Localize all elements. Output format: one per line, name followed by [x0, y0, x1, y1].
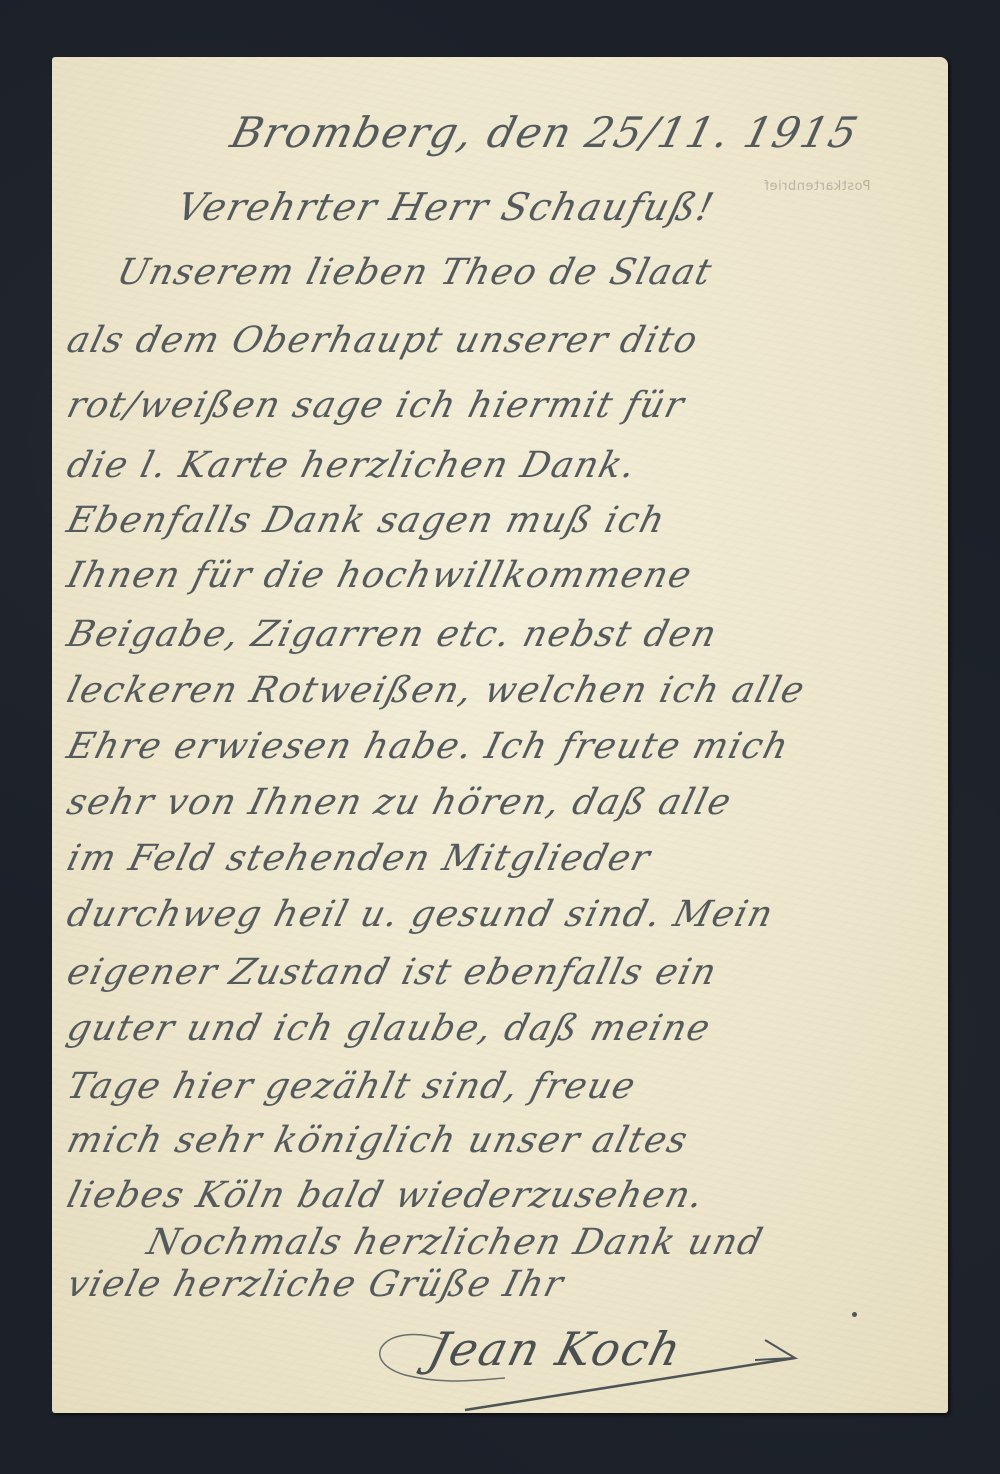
body-line-2: als dem Oberhaupt unserer dito: [63, 320, 703, 361]
body-line-14: guter und ich glaube, daß meine: [63, 1008, 715, 1049]
body-line-8: leckeren Rotweißen, welchen ich alle: [63, 670, 810, 711]
body-line-11: im Feld stehenden Mitglieder: [63, 838, 655, 879]
body-line-16: mich sehr königlich unser altes: [63, 1120, 693, 1161]
body-line-12: durchweg heil u. gesund sind. Mein: [63, 894, 778, 935]
body-line-9: Ehre erwiesen habe. Ich freute mich: [63, 726, 794, 767]
body-line-13: eigener Zustand ist ebenfalls ein: [63, 952, 722, 993]
place-date-line: Bromberg, den 25/11. 1915: [226, 108, 864, 157]
salutation-line: Verehrter Herr Schaufuß!: [173, 185, 720, 229]
body-line-5: Ebenfalls Dank sagen muß ich: [63, 500, 670, 541]
body-line-17: liebes Köln bald wiederzusehen.: [63, 1175, 709, 1216]
body-line-3: rot/weißen sage ich hiermit für: [63, 385, 689, 426]
body-line-4: die l. Karte herzlichen Dank.: [63, 445, 641, 486]
closing-line-2: viele herzliche Grüße Ihr: [63, 1264, 569, 1305]
faint-stamp-showthrough: Postkartenbrief: [764, 179, 870, 194]
body-line-10: sehr von Ihnen zu hören, daß alle: [63, 782, 736, 823]
body-line-6: Ihnen für die hochwillkommene: [63, 555, 697, 596]
signature-dot: [852, 1312, 857, 1317]
body-line-7: Beigabe, Zigarren etc. nebst den: [63, 614, 722, 655]
body-line-15: Tage hier gezählt sind, freue: [63, 1066, 641, 1107]
body-line-1: Unserem lieben Theo de Slaat: [113, 252, 717, 293]
signature: Jean Koch: [423, 1322, 688, 1376]
closing-line-1: Nochmals herzlichen Dank und: [143, 1222, 768, 1263]
